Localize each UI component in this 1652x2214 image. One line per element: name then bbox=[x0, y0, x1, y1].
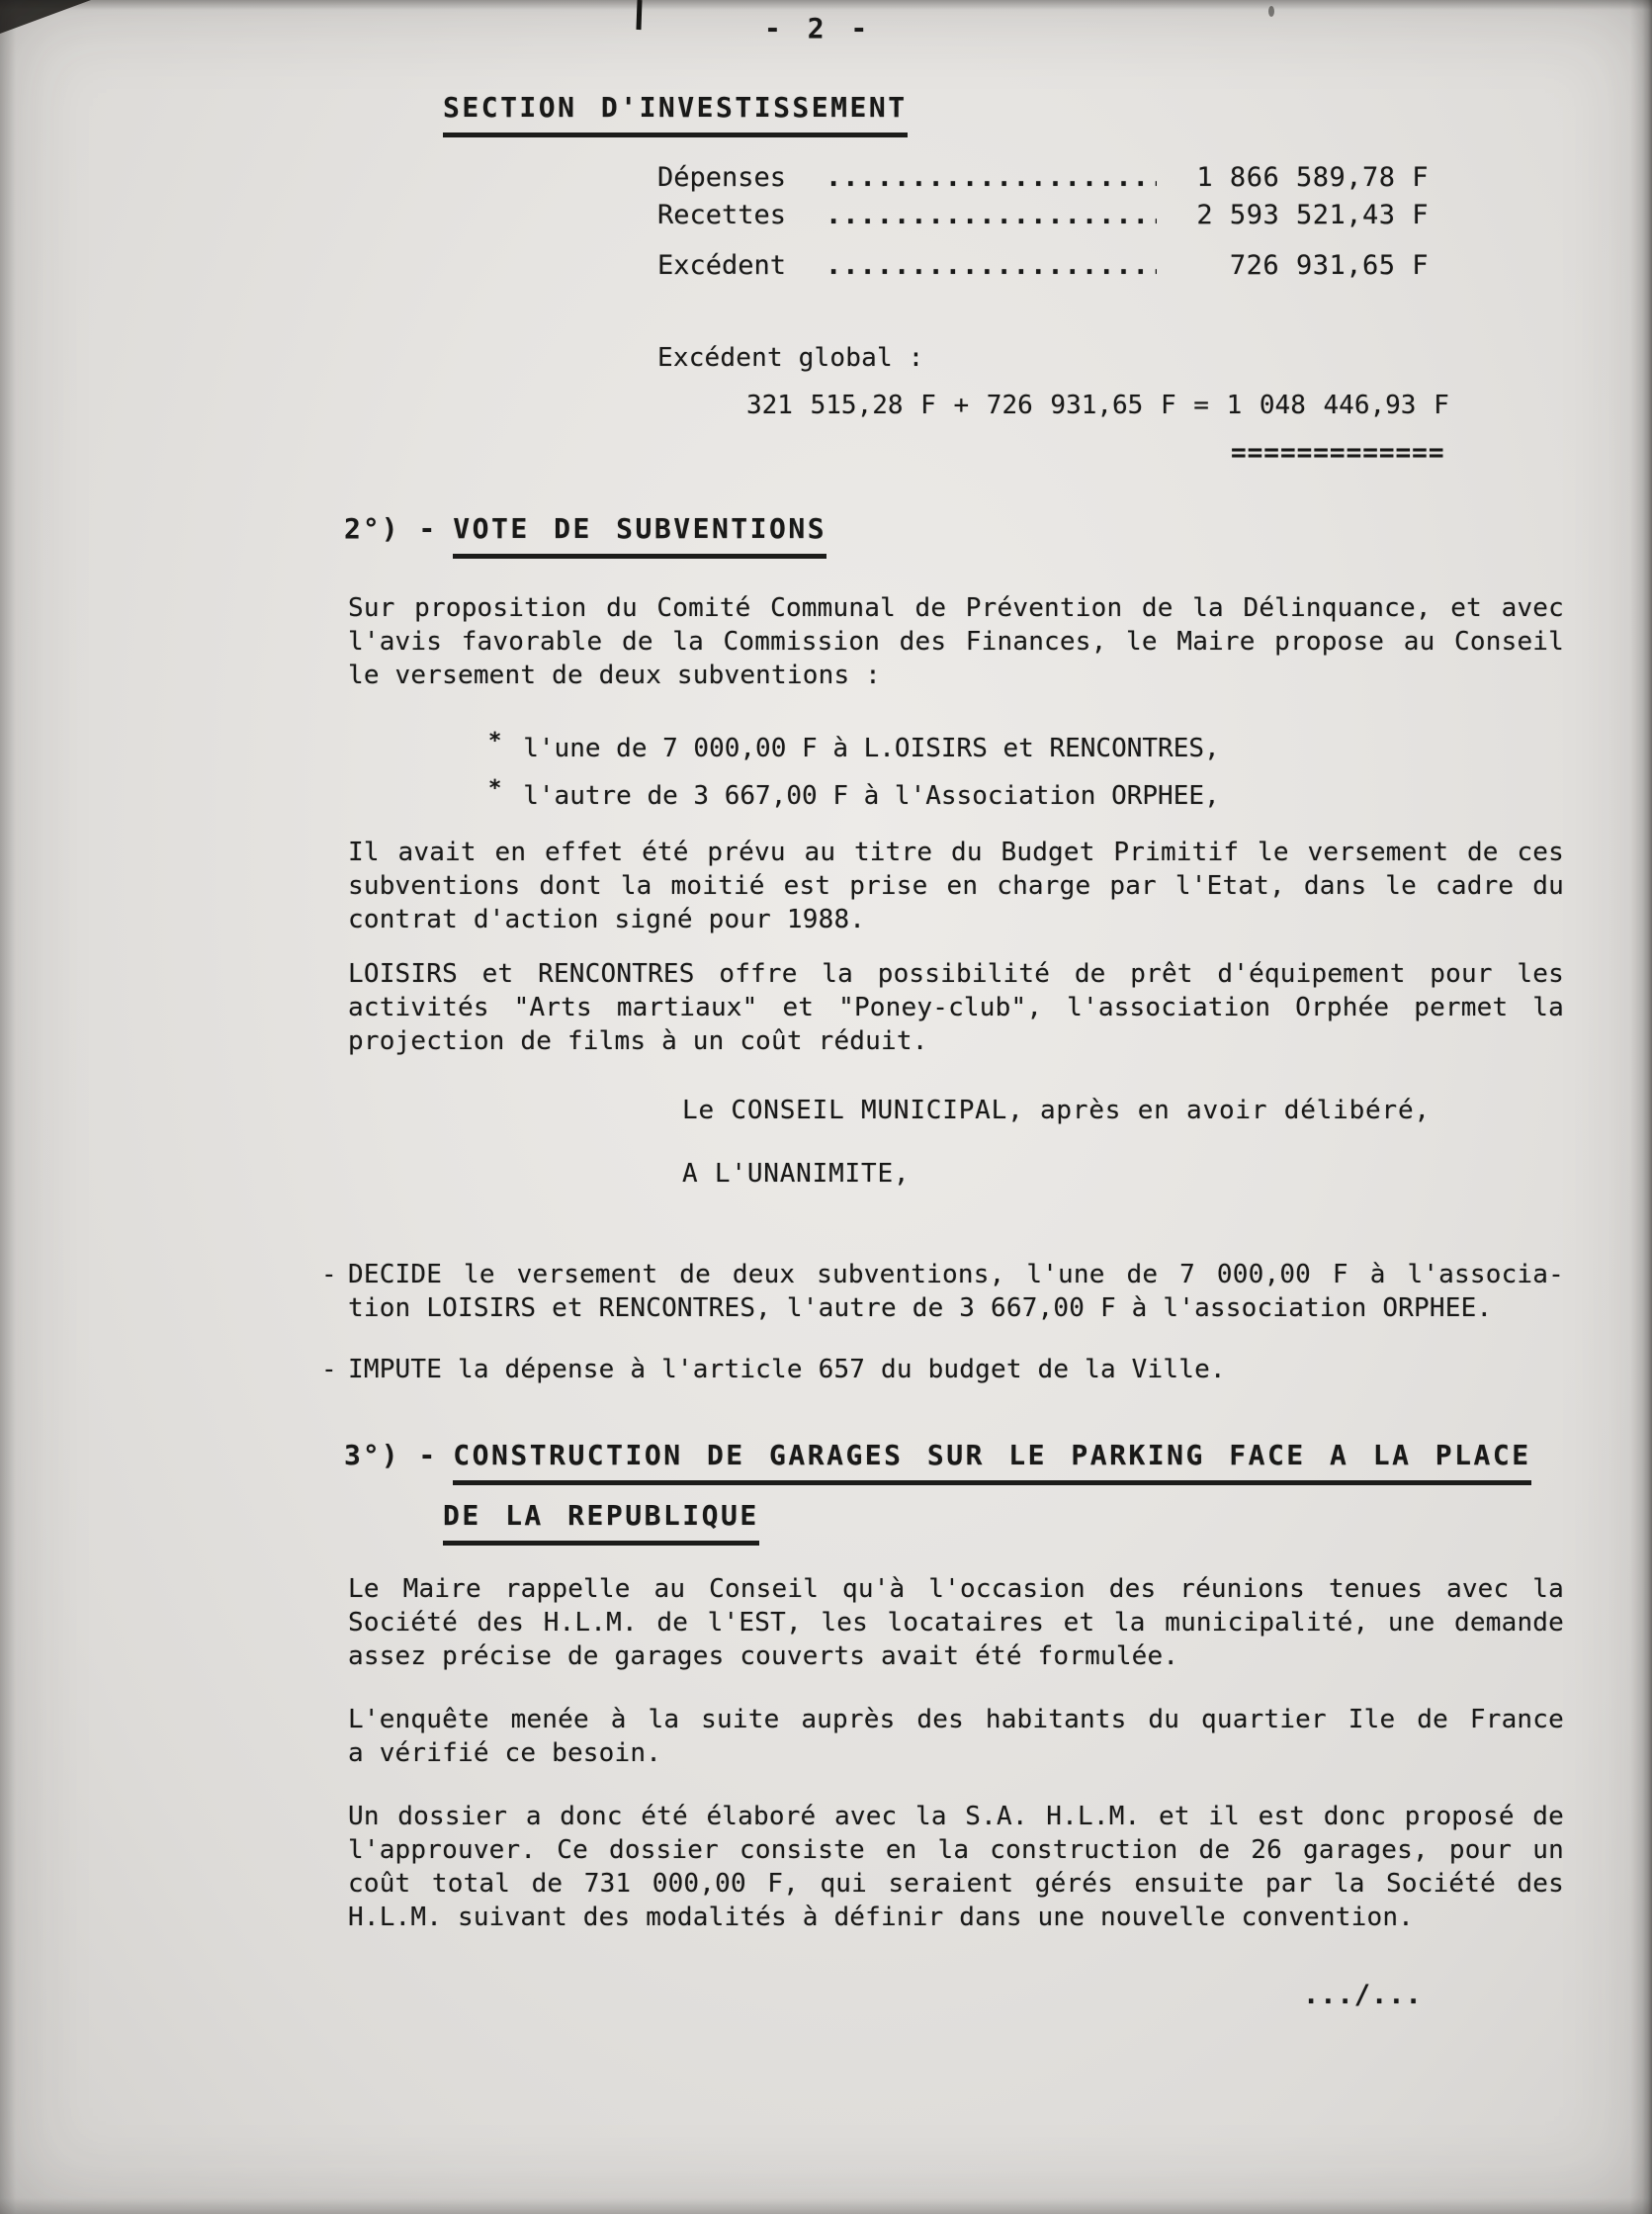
text-line: subventions dont la moitié est prise en … bbox=[348, 869, 1564, 903]
text-line: Le Maire rappelle au Conseil qu'à l'occa… bbox=[348, 1572, 1564, 1606]
text-line: l'avis favorable de la Commission des Fi… bbox=[348, 625, 1564, 659]
text-line: LOISIRS et RENCONTRES offre la possibili… bbox=[348, 957, 1564, 991]
text-line: Sur proposition du Comité Communal de Pr… bbox=[348, 591, 1564, 625]
decision-impute: - IMPUTE la dépense à l'article 657 du b… bbox=[321, 1353, 1577, 1386]
text-line: projection de films à un coût réduit. bbox=[348, 1024, 1564, 1058]
subvention-item-2: * l'autre de 3 667,00 F à l'Association … bbox=[488, 779, 1220, 813]
deliberation-line: Le CONSEIL MUNICIPAL, après en avoir dél… bbox=[682, 1096, 1431, 1125]
section2-number: 2°) - bbox=[344, 512, 437, 545]
scan-speck bbox=[1268, 6, 1274, 17]
subvention-item-1: * l'une de 7 000,00 F à L.OISIRS et RENC… bbox=[488, 732, 1220, 765]
receipts-amount: 2 593 521,43 F bbox=[1157, 199, 1429, 232]
section3-number: 3°) - bbox=[344, 1439, 437, 1471]
global-surplus-label: Excédent global : bbox=[657, 341, 924, 375]
loisirs-rencontres-paragraph: LOISIRS et RENCONTRES offre la possibili… bbox=[348, 957, 1564, 1058]
bullet-icon: * bbox=[488, 725, 501, 758]
text-line: Société des H.L.M. de l'EST, les locatai… bbox=[348, 1606, 1564, 1639]
text-line: coût total de 731 000,00 F, qui seraient… bbox=[348, 1867, 1564, 1901]
dash-marker: - bbox=[321, 1353, 337, 1386]
text-line: l'approuver. Ce dossier consiste en la c… bbox=[348, 1833, 1564, 1867]
text-line: DECIDE le versement de deux subventions,… bbox=[348, 1258, 1564, 1291]
scan-edge-left bbox=[0, 0, 16, 2214]
expenses-row: Dépenses ..................... 1 866 589… bbox=[657, 161, 1429, 195]
subvention-item-1-text: l'une de 7 000,00 F à L.OISIRS et RENCON… bbox=[523, 732, 1219, 765]
scan-mark-top bbox=[636, 0, 642, 30]
unanimity-line: A L'UNANIMITE, bbox=[682, 1159, 910, 1189]
dash-marker: - bbox=[321, 1258, 337, 1291]
scan-edge-bottom bbox=[0, 2198, 1652, 2214]
section3-heading: 3°) - CONSTRUCTION DE GARAGES SUR LE PAR… bbox=[344, 1439, 1531, 1485]
scan-edge-right bbox=[1630, 0, 1652, 2214]
text-line: Un dossier a donc été élaboré avec la S.… bbox=[348, 1800, 1564, 1833]
receipts-row: Recettes ..................... 2 593 521… bbox=[657, 199, 1429, 232]
text-line: H.L.M. suivant des modalités à définir d… bbox=[348, 1901, 1564, 1934]
decision-decide-text: DECIDE le versement de deux subventions,… bbox=[348, 1258, 1564, 1325]
garages-reminder-paragraph: Le Maire rappelle au Conseil qu'à l'occa… bbox=[348, 1572, 1564, 1673]
surplus-row: Excédent ..................... 726 931,6… bbox=[657, 249, 1429, 283]
text-line: activités "Arts martiaux" et "Poney-club… bbox=[348, 991, 1564, 1024]
surplus-amount: 726 931,65 F bbox=[1157, 249, 1429, 283]
page-number: - 2 - bbox=[764, 12, 872, 44]
expenses-label: Dépenses bbox=[657, 161, 826, 195]
investment-section-title: SECTION D'INVESTISSEMENT bbox=[443, 91, 908, 137]
surplus-label: Excédent bbox=[657, 249, 826, 283]
section3-title-line1: CONSTRUCTION DE GARAGES SUR LE PARKING F… bbox=[453, 1439, 1530, 1485]
text-line: le versement de deux subventions : bbox=[348, 659, 1564, 692]
dot-leader: ..................... bbox=[826, 161, 1157, 195]
text-line: Il avait en effet été prévu au titre du … bbox=[348, 836, 1564, 869]
section3-title-line2: DE LA REPUBLIQUE bbox=[443, 1499, 759, 1546]
section2-heading: 2°) - VOTE DE SUBVENTIONS bbox=[344, 512, 826, 559]
dot-leader: ..................... bbox=[826, 249, 1157, 283]
expenses-amount: 1 866 589,78 F bbox=[1157, 161, 1429, 195]
text-line: contrat d'action signé pour 1988. bbox=[348, 903, 1564, 936]
text-line: tion LOISIRS et RENCONTRES, l'autre de 3… bbox=[348, 1291, 1564, 1325]
dossier-paragraph: Un dossier a donc été élaboré avec la S.… bbox=[348, 1800, 1564, 1934]
decision-decide: - DECIDE le versement de deux subvention… bbox=[321, 1258, 1577, 1325]
text-line: assez précise de garages couverts avait … bbox=[348, 1639, 1564, 1673]
dot-leader: ..................... bbox=[826, 199, 1157, 232]
double-rule: ============= bbox=[1231, 438, 1445, 468]
survey-paragraph: L'enquête menée à la suite auprès des ha… bbox=[348, 1703, 1564, 1770]
decision-impute-text: IMPUTE la dépense à l'article 657 du bud… bbox=[348, 1353, 1564, 1386]
text-line: a vérifié ce besoin. bbox=[348, 1736, 1564, 1770]
text-line: IMPUTE la dépense à l'article 657 du bud… bbox=[348, 1353, 1564, 1386]
receipts-label: Recettes bbox=[657, 199, 826, 232]
subventions-intro-paragraph: Sur proposition du Comité Communal de Pr… bbox=[348, 591, 1564, 692]
continuation-mark: .../... bbox=[1303, 1980, 1423, 2010]
text-line: L'enquête menée à la suite auprès des ha… bbox=[348, 1703, 1564, 1736]
section2-title: VOTE DE SUBVENTIONS bbox=[453, 512, 826, 559]
global-surplus-formula: 321 515,28 F + 726 931,65 F = 1 048 446,… bbox=[746, 391, 1449, 420]
budget-primitif-paragraph: Il avait en effet été prévu au titre du … bbox=[348, 836, 1564, 936]
bullet-icon: * bbox=[488, 772, 501, 806]
subvention-item-2-text: l'autre de 3 667,00 F à l'Association OR… bbox=[523, 779, 1219, 813]
scanned-document-page: - 2 - SECTION D'INVESTISSEMENT Dépenses … bbox=[0, 0, 1652, 2214]
scan-edge-top bbox=[0, 0, 1652, 10]
